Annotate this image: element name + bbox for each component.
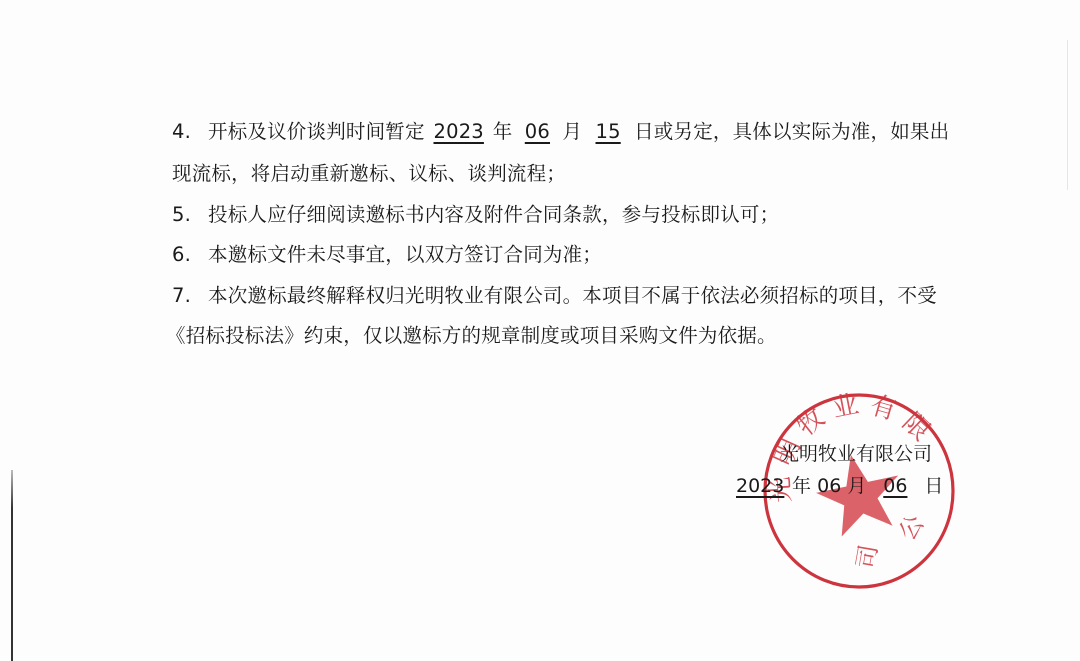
item-7-line-2: 《招标投标法》约束，仅以邀标方的规章制度或项目采购文件为依据。 bbox=[166, 322, 777, 350]
item-number: 7. bbox=[172, 282, 208, 310]
item-4-line-1: 4.开标及议价谈判时间暂定2023年06月15日或另定，具体以实际为准，如果出 bbox=[172, 118, 949, 146]
svg-text:司: 司 bbox=[851, 543, 883, 571]
scan-edge-right bbox=[1067, 40, 1068, 190]
signature-company: 光明牧业有限公司 bbox=[736, 438, 932, 470]
document-page: 4.开标及议价谈判时间暂定2023年06月15日或另定，具体以实际为准，如果出 … bbox=[0, 0, 1080, 661]
item-number: 6. bbox=[172, 241, 208, 269]
item-4-prefix: 开标及议价谈判时间暂定 bbox=[208, 120, 425, 143]
item-number: 5. bbox=[172, 201, 208, 229]
item-6-text: 本邀标文件未尽事宜，以双方签订合同为准； bbox=[208, 243, 602, 266]
year-unit: 年 bbox=[792, 475, 811, 497]
month-unit: 月 bbox=[562, 120, 582, 143]
item-7-line-1: 7.本次邀标最终解释权归光明牧业有限公司。本项目不属于依法必须招标的项目，不受 bbox=[172, 282, 937, 310]
day-unit: 日 bbox=[924, 475, 943, 497]
item-5-text: 投标人应仔细阅读邀标书内容及附件合同条款，参与投标即认可； bbox=[208, 203, 779, 226]
sign-year: 2023 bbox=[736, 470, 786, 502]
sign-month: 06 bbox=[817, 475, 841, 497]
year-unit: 年 bbox=[493, 120, 513, 143]
tender-month: 06 bbox=[512, 118, 562, 146]
month-unit: 月 bbox=[847, 475, 866, 497]
item-number: 4. bbox=[172, 118, 208, 146]
sign-day: 06 bbox=[866, 470, 924, 502]
signature-block: 光明牧业有限公司 2023 年 06 月06日 bbox=[736, 438, 936, 502]
item-5: 5.投标人应仔细阅读邀标书内容及附件合同条款，参与投标即认可； bbox=[172, 201, 779, 229]
svg-text:公: 公 bbox=[893, 510, 930, 546]
signature-date: 2023 年 06 月06日 bbox=[736, 470, 936, 502]
item-6: 6.本邀标文件未尽事宜，以双方签订合同为准； bbox=[172, 241, 602, 269]
scan-edge-left bbox=[11, 470, 13, 661]
item-7-text: 本次邀标最终解释权归光明牧业有限公司。本项目不属于依法必须招标的项目，不受 bbox=[208, 284, 937, 307]
item-4-line-2: 现流标，将启动重新邀标、议标、谈判流程； bbox=[172, 160, 566, 188]
tender-year: 2023 bbox=[425, 118, 493, 146]
tender-day: 15 bbox=[582, 118, 634, 146]
item-4-suffix: 日或另定，具体以实际为准，如果出 bbox=[634, 120, 949, 143]
